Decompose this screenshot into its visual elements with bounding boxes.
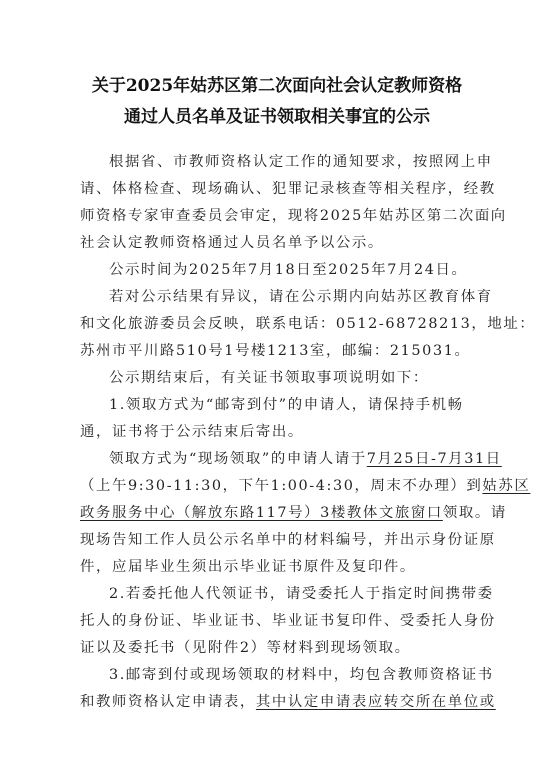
underlined-location: 政务服务中心（解放东路117号）3楼教体文旅窗口 xyxy=(80,505,443,521)
text-span: 领取。请 xyxy=(443,505,507,521)
onsite-pickup-line: 领取方式为“现场领取”的申请人请于7月25日-7月31日 xyxy=(109,450,470,468)
text-span: 和教师资格认定申请表， xyxy=(80,694,256,710)
body-line: 社会认定教师资格通过人员名单予以公示。 xyxy=(80,234,470,252)
body-line: 现场告知工作人员公示名单中的材料编号，并出示身份证原 xyxy=(80,531,470,549)
underlined-location: 姑苏区 xyxy=(482,478,530,494)
application-form-line: 和教师资格认定申请表，其中认定申请表应转交所在单位或 xyxy=(80,693,470,711)
underlined-date-range: 7月25日-7月31日 xyxy=(367,451,502,467)
address-line: 苏州市平川路510号1号楼1213室，邮编：215031。 xyxy=(80,342,470,360)
body-line: 托人的身份证、毕业证书、毕业证书复印件、受委托人身份 xyxy=(80,612,470,630)
item-2-line: 2.若委托他人代领证书，请受委托人于指定时间携带委 xyxy=(109,585,470,603)
text-span: 领取方式为“现场领取”的申请人请于 xyxy=(109,451,367,467)
document-title-line-2: 通过人员名单及证书领取相关事宜的公示 xyxy=(0,102,554,127)
item-3-line: 3.邮寄到付或现场领取的材料中，均包含教师资格证书 xyxy=(109,666,470,684)
body-line: 若对公示结果有异议，请在公示期内向姑苏区教育体育 xyxy=(109,288,470,306)
body-line: 公示期结束后，有关证书领取事项说明如下： xyxy=(109,369,470,387)
document-page: 关于2025年姑苏区第二次面向社会认定教师资格 通过人员名单及证书领取相关事宜的… xyxy=(0,0,554,784)
text-span: （上午9:30-11:30，下午1:00-4:30，周末不办理）到 xyxy=(80,478,482,494)
underlined-instruction: 其中认定申请表应转交所在单位或 xyxy=(256,694,496,710)
item-1-line: 1.领取方式为“邮寄到付”的申请人，请保持手机畅 xyxy=(109,396,470,414)
body-line: 请、体格检查、现场确认、犯罪记录核查等相关程序，经教 xyxy=(80,180,470,198)
document-title-line-1: 关于2025年姑苏区第二次面向社会认定教师资格 xyxy=(0,71,554,96)
location-line: 政务服务中心（解放东路117号）3楼教体文旅窗口领取。请 xyxy=(80,504,470,522)
contact-line: 和文化旅游委员会反映，联系电话：0512-68728213，地址： xyxy=(80,315,470,333)
body-line: 通，证书将于公示结束后寄出。 xyxy=(80,423,470,441)
body-line: 师资格专家审查委员会审定，现将2025年姑苏区第二次面向 xyxy=(80,207,470,225)
body-line: 根据省、市教师资格认定工作的通知要求，按照网上申 xyxy=(109,153,470,171)
body-line: 证以及委托书（见附件2）等材料到现场领取。 xyxy=(80,639,470,657)
publicity-period-line: 公示时间为2025年7月18日至2025年7月24日。 xyxy=(109,261,470,279)
body-line: 件，应届毕业生须出示毕业证书原件及复印件。 xyxy=(80,558,470,576)
office-hours-line: （上午9:30-11:30，下午1:00-4:30，周末不办理）到姑苏区 xyxy=(80,477,470,495)
